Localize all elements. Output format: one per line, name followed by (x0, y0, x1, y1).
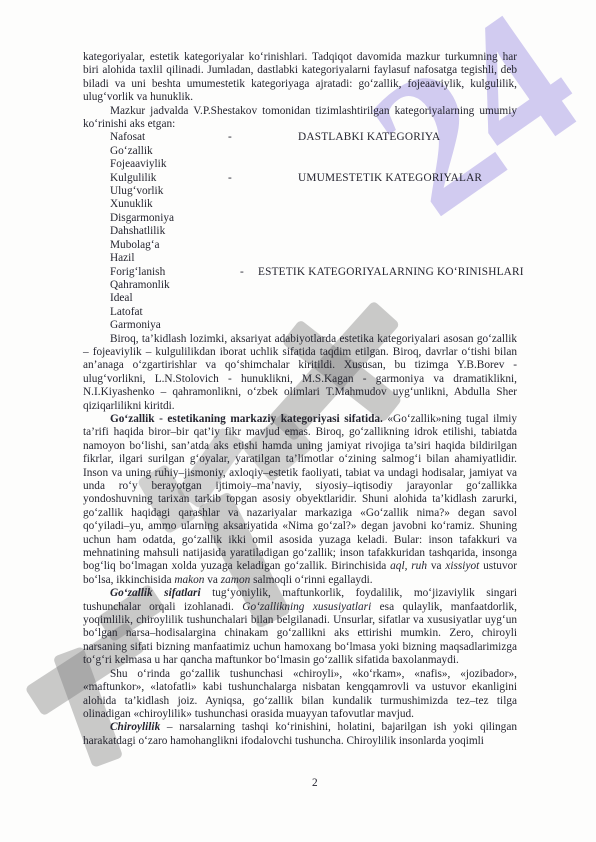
category-name: Garmoniya (110, 319, 228, 332)
category-dash (228, 279, 298, 292)
category-name: Disgarmoniya (110, 212, 228, 225)
document-text-body: kategoriyalar, estetik kategoriyalar ko‘… (83, 51, 517, 748)
category-label: ESTETIK KATEGORIYALARNING KO‘RINISHLARI (258, 266, 524, 279)
category-name: Qahramonlik (110, 279, 228, 292)
category-name: Ideal (110, 292, 228, 305)
category-dash (228, 158, 298, 171)
category-list-row: Fojeaaviylik (83, 158, 517, 171)
category-name: Ulug‘vorlik (110, 185, 228, 198)
category-name: Forig‘lanish (110, 266, 240, 279)
text-run: Go‘zallikning xususiyatlari (242, 601, 379, 613)
category-name: Mubolag‘a (110, 239, 228, 252)
category-list-row: Mubolag‘a (83, 239, 517, 252)
text-run: Chiroylilik (110, 721, 160, 733)
category-label (298, 306, 301, 319)
category-name: Fojeaaviylik (110, 158, 228, 171)
category-list-row: Forig‘lanish-ESTETIK KATEGORIYALARNING K… (83, 266, 517, 279)
category-dash: - (240, 266, 258, 279)
text-run: Go‘zallik sifatlari (110, 587, 212, 599)
category-list-row: Disgarmoniya (83, 212, 517, 225)
category-dash: - (228, 131, 298, 144)
category-label (298, 145, 301, 158)
paragraph: kategoriyalar, estetik kategoriyalar ko‘… (83, 51, 517, 105)
text-run: Biroq, ta’kidlash lozimki, aksariyat ada… (83, 333, 517, 412)
category-list-row: Go‘zallik (83, 145, 517, 158)
category-label (298, 158, 301, 171)
category-name: Hazil (110, 252, 228, 265)
category-list-row: Qahramonlik (83, 279, 517, 292)
text-run: Go‘zallik - estetikaning markaziy katego… (110, 413, 387, 425)
category-name: Kulgulilik (110, 172, 228, 185)
category-dash (228, 225, 298, 238)
text-run: va (427, 560, 445, 572)
category-list-row: Ideal (83, 292, 517, 305)
text-run: aql, ruh (390, 560, 427, 572)
paragraph: Chiroylilik – narsalarning tashqi ko‘rin… (83, 721, 517, 748)
category-label (298, 225, 301, 238)
text-run: Shu o‘rinda go‘zallik tushunchasi «chiro… (83, 668, 517, 720)
text-run: va (204, 574, 220, 586)
text-run: makon (174, 574, 204, 586)
text-run: zamon (221, 574, 251, 586)
category-name: Latofat (110, 306, 228, 319)
document-page: 24 kategoriyalar, estetik kategoriyalar … (0, 0, 596, 842)
category-dash (228, 319, 298, 332)
paragraph: Go‘zallik - estetikaning markaziy katego… (83, 413, 517, 587)
category-name: Nafosat (110, 131, 228, 144)
category-dash (228, 185, 298, 198)
category-list-row: Dahshatlilik (83, 225, 517, 238)
text-run: «Go‘zallik»ning tugal ilmiy ta’rifi haqi… (83, 413, 517, 572)
category-label (298, 279, 301, 292)
category-label (298, 292, 301, 305)
category-list-row: Kulgulilik-UMUMESTETIK KATEGORIYALAR (83, 172, 517, 185)
category-name: Xunuklik (110, 198, 228, 211)
category-list-row: Ulug‘vorlik (83, 185, 517, 198)
category-name: Go‘zallik (110, 145, 228, 158)
category-label (298, 212, 301, 225)
text-run: Mazkur jadvalda V.P.Shestakov tomonidan … (83, 105, 517, 130)
category-list-row: Xunuklik (83, 198, 517, 211)
category-list-row: Hazil (83, 252, 517, 265)
text-run: kategoriyalar, estetik kategoriyalar ko‘… (83, 51, 517, 103)
category-list-row: Garmoniya (83, 319, 517, 332)
paragraph: Mazkur jadvalda V.P.Shestakov tomonidan … (83, 105, 517, 132)
category-label (298, 319, 301, 332)
category-label (298, 239, 301, 252)
text-run: salmoqli o‘rinni egallaydi. (250, 574, 372, 586)
category-label (298, 252, 301, 265)
category-dash (228, 306, 298, 319)
category-label: DASTLABKI KATEGORIYA (298, 131, 440, 144)
text-run: xissiyot (445, 560, 479, 572)
paragraph: Biroq, ta’kidlash lozimki, aksariyat ada… (83, 333, 517, 413)
category-dash (228, 212, 298, 225)
category-label (298, 185, 301, 198)
category-dash (228, 252, 298, 265)
category-dash (228, 292, 298, 305)
paragraph: Shu o‘rinda go‘zallik tushunchasi «chiro… (83, 668, 517, 722)
paragraph: Go‘zallik sifatlari tug‘yoniylik, maftun… (83, 587, 517, 667)
category-name: Dahshatlilik (110, 225, 228, 238)
category-dash (228, 145, 298, 158)
category-dash (228, 239, 298, 252)
category-dash (228, 198, 298, 211)
page-number: 2 (312, 777, 318, 789)
category-list-row: Latofat (83, 306, 517, 319)
category-dash: - (228, 172, 298, 185)
category-list-row: Nafosat-DASTLABKI KATEGORIYA (83, 131, 517, 144)
category-label: UMUMESTETIK KATEGORIYALAR (298, 172, 482, 185)
category-label (298, 198, 301, 211)
